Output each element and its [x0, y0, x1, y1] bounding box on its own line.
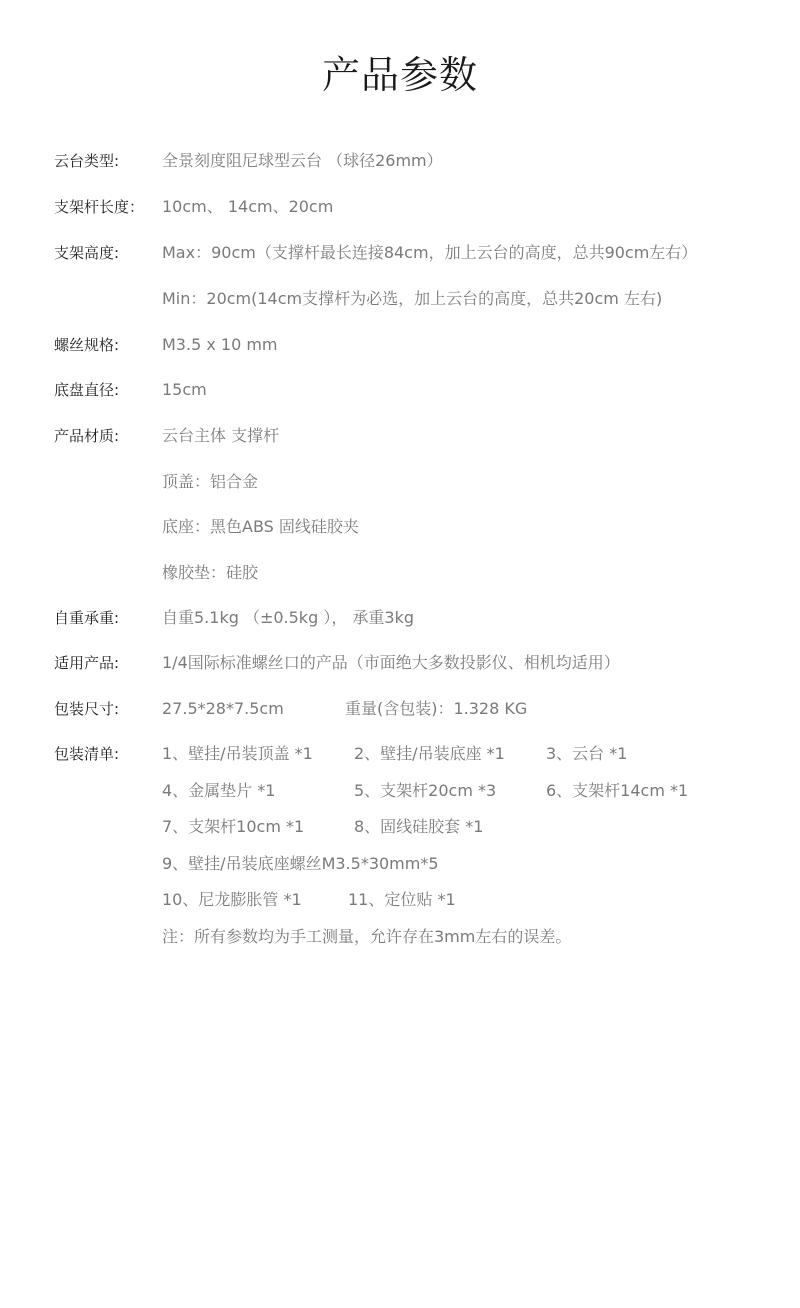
package-list-row-4: 9、壁挂/吊装底座螺丝M3.5*30mm*5 — [0, 851, 800, 877]
spec-value: 橡胶垫：硅胶 — [162, 560, 258, 586]
spec-label: 适用产品: — [54, 650, 119, 676]
spec-row-weight: 自重承重: 自重5.1kg （±0.5kg ）， 承重3kg — [0, 605, 800, 631]
spec-value-weight: 重量(含包装)：1.328 KG — [345, 696, 527, 722]
package-list-row-5: 10、尼龙膨胀管 *1 11、定位贴 *1 — [0, 887, 800, 913]
spec-value: 1/4国际标准螺丝口的产品（市面绝大多数投影仪、相机均适用） — [162, 650, 620, 676]
list-item: 7、支架杆10cm *1 — [162, 814, 304, 840]
package-list-row-3: 7、支架杆10cm *1 8、固线硅胶套 *1 — [0, 814, 800, 840]
spec-value: 自重5.1kg （±0.5kg ）， 承重3kg — [162, 605, 414, 631]
spec-value: 10cm、 14cm、20cm — [162, 194, 333, 220]
list-item: 5、支架杆20cm *3 — [354, 778, 496, 804]
package-list-row-2: 4、金属垫片 *1 5、支架杆20cm *3 6、支架杆14cm *1 — [0, 778, 800, 804]
package-list-row-1: 包装清单: 1、壁挂/吊装顶盖 *1 2、壁挂/吊装底座 *1 3、云台 *1 — [0, 741, 800, 767]
spec-value: 底座：黑色ABS 固线硅胶夹 — [162, 514, 359, 540]
list-item: 3、云台 *1 — [546, 741, 627, 767]
spec-value: Max：90cm（支撑杆最长连接84cm，加上云台的高度，总共90cm左右） — [162, 240, 697, 266]
spec-label: 螺丝规格: — [54, 332, 119, 358]
list-item: 1、壁挂/吊装顶盖 *1 — [162, 741, 313, 767]
spec-value: Min：20cm(14cm支撑杆为必选，加上云台的高度，总共20cm 左右) — [162, 286, 662, 312]
spec-value: M3.5 x 10 mm — [162, 332, 278, 358]
spec-row-material: 产品材质: 云台主体 支撑杆 — [0, 423, 800, 449]
note-text: 注：所有参数均为手工测量，允许存在3mm左右的误差。 — [162, 924, 571, 950]
list-item: 2、壁挂/吊装底座 *1 — [354, 741, 505, 767]
spec-row-material-2: 顶盖：铝合金 — [0, 469, 800, 495]
spec-row-base-diameter: 底盘直径: 15cm — [0, 377, 800, 403]
spec-label: 云台类型: — [54, 148, 119, 174]
spec-row-stand-height: 支架高度: Max：90cm（支撑杆最长连接84cm，加上云台的高度，总共90c… — [0, 240, 800, 266]
spec-row-head-type: 云台类型: 全景刻度阻尼球型云台 （球径26mm） — [0, 148, 800, 174]
spec-row-material-4: 橡胶垫：硅胶 — [0, 560, 800, 586]
spec-value: 27.5*28*7.5cm — [162, 696, 284, 722]
spec-row-applicable: 适用产品: 1/4国际标准螺丝口的产品（市面绝大多数投影仪、相机均适用） — [0, 650, 800, 676]
spec-row-screw: 螺丝规格: M3.5 x 10 mm — [0, 332, 800, 358]
spec-row-material-3: 底座：黑色ABS 固线硅胶夹 — [0, 514, 800, 540]
list-item: 10、尼龙膨胀管 *1 — [162, 887, 302, 913]
spec-label: 产品材质: — [54, 423, 119, 449]
list-item: 11、定位贴 *1 — [348, 887, 456, 913]
spec-label: 包装尺寸: — [54, 696, 119, 722]
spec-row-stand-height-min: Min：20cm(14cm支撑杆为必选，加上云台的高度，总共20cm 左右) — [0, 286, 800, 312]
spec-label: 包装清单: — [54, 741, 119, 767]
list-item: 6、支架杆14cm *1 — [546, 778, 688, 804]
spec-label: 底盘直径: — [54, 377, 119, 403]
list-item: 9、壁挂/吊装底座螺丝M3.5*30mm*5 — [162, 851, 439, 877]
list-item: 4、金属垫片 *1 — [162, 778, 275, 804]
list-item: 8、固线硅胶套 *1 — [354, 814, 483, 840]
spec-label: 自重承重: — [54, 605, 119, 631]
spec-row-pole-length: 支架杆长度： 10cm、 14cm、20cm — [0, 194, 800, 220]
spec-value: 全景刻度阻尼球型云台 （球径26mm） — [162, 148, 443, 174]
spec-label: 支架高度: — [54, 240, 119, 266]
spec-row-package-size: 包装尺寸: 27.5*28*7.5cm 重量(含包装)：1.328 KG — [0, 696, 800, 722]
spec-value: 顶盖：铝合金 — [162, 469, 258, 495]
package-list-note: 注：所有参数均为手工测量，允许存在3mm左右的误差。 — [0, 924, 800, 950]
spec-label: 支架杆长度： — [54, 194, 144, 220]
spec-value: 15cm — [162, 377, 207, 403]
spec-value: 云台主体 支撑杆 — [162, 423, 279, 449]
page-title: 产品参数 — [0, 44, 800, 99]
